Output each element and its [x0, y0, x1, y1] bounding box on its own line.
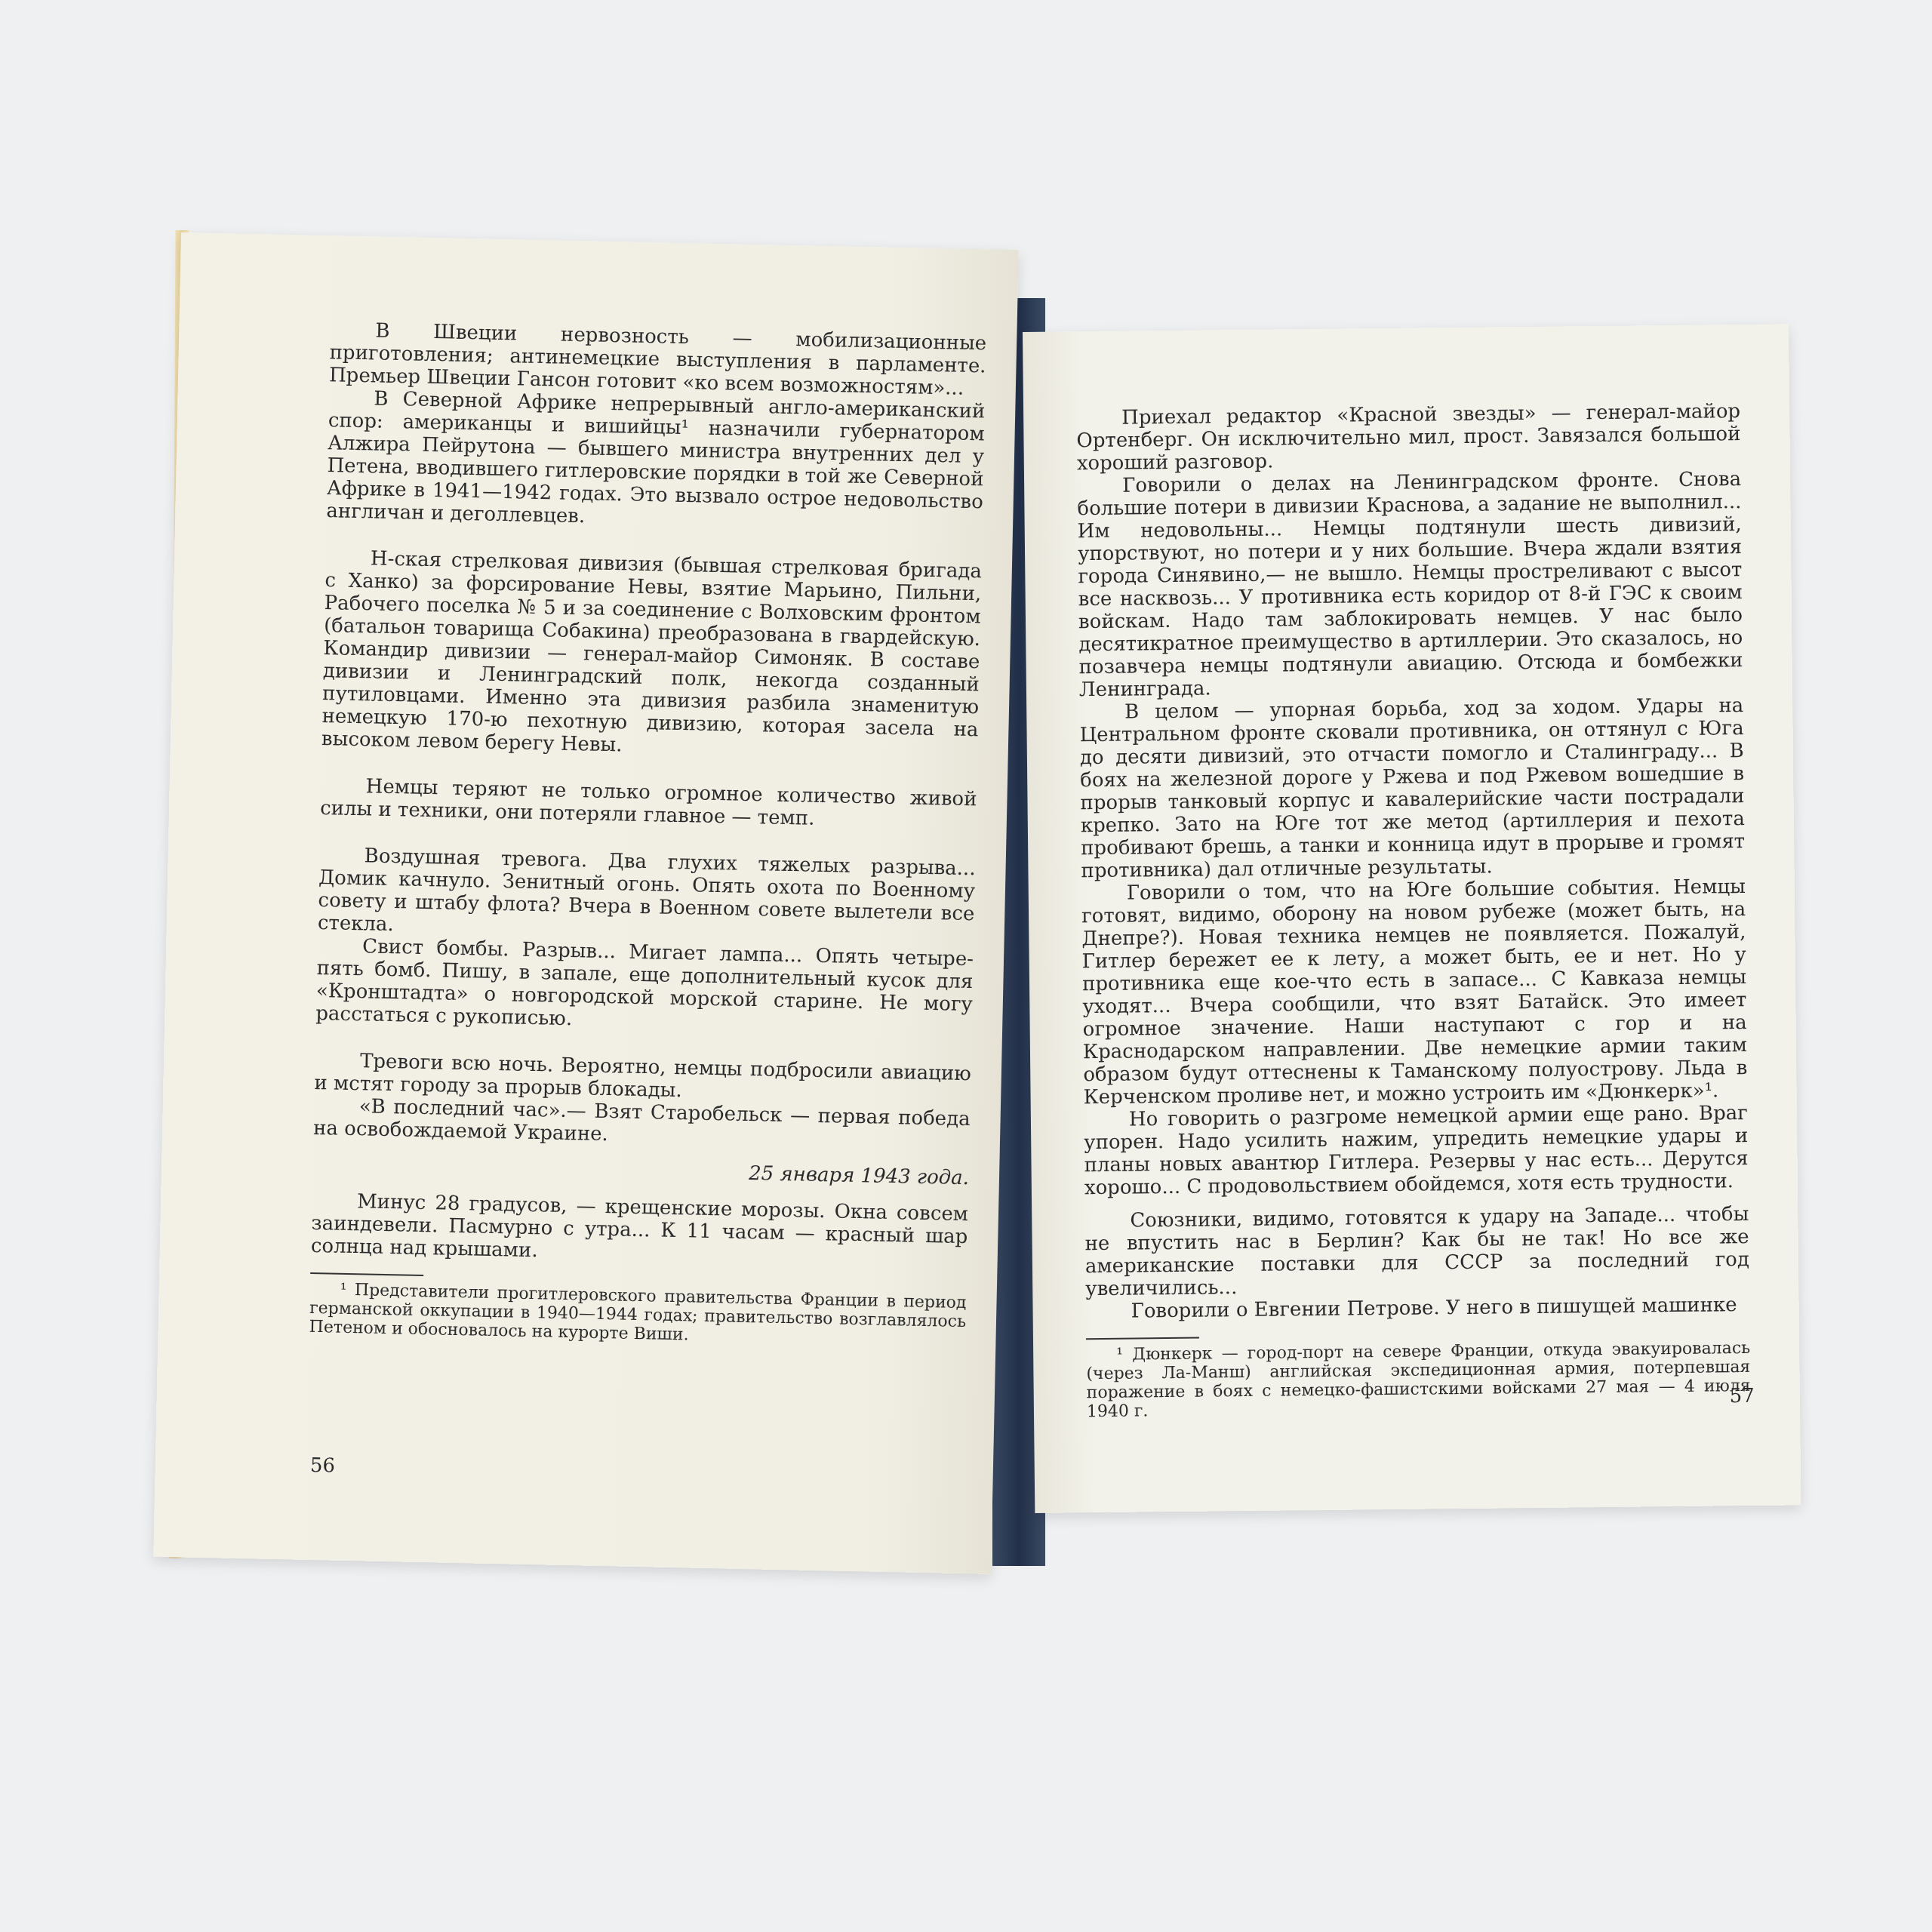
paragraph: Говорили о делах на Ленинградском фронте… — [1077, 468, 1743, 701]
diary-date: 25 января 1943 года. — [312, 1153, 969, 1189]
left-page: В Швеции нервозность — мобилизационные п… — [153, 232, 1019, 1574]
left-page-text: В Швеции нервозность — мобилизационные п… — [309, 318, 986, 1350]
page-number: 57 — [1730, 1385, 1755, 1407]
right-page: Приехал редактор «Красной звезды» — гене… — [1023, 324, 1801, 1513]
paragraph: Свист бомбы. Разрыв... Мигает лампа... О… — [315, 934, 974, 1038]
footnote: ¹ Представители прогитлеровского правите… — [309, 1280, 966, 1350]
paragraph: Приехал редактор «Красной звезды» — гене… — [1076, 400, 1741, 475]
paragraph: Говорили о том, что на Юге большие событ… — [1081, 875, 1748, 1109]
paragraph: Н-ская стрелковая дивизия (бывшая стрелк… — [321, 546, 982, 764]
paragraph: В Северной Африке непрерывный англо-амер… — [326, 386, 986, 536]
paragraph: Союзники, видимо, готовятся к удару на З… — [1084, 1203, 1749, 1300]
footnote-rule — [310, 1272, 423, 1276]
paragraph: Воздушная тревога. Два глухих тяжелых ра… — [318, 844, 976, 948]
footnote: ¹ Дюнкерк — город-порт на севере Франции… — [1086, 1339, 1751, 1421]
paragraph: Но говорить о разгроме немецкой армии ещ… — [1084, 1102, 1749, 1199]
paragraph: Минус 28 градусов, — крещенские морозы. … — [311, 1189, 969, 1271]
footnote-rule — [1086, 1337, 1199, 1340]
right-page-text: Приехал редактор «Красной звезды» — гене… — [1076, 400, 1751, 1421]
paragraph: В целом — упорная борьба, ход за ходом. … — [1079, 694, 1745, 882]
page-number: 56 — [310, 1454, 336, 1478]
